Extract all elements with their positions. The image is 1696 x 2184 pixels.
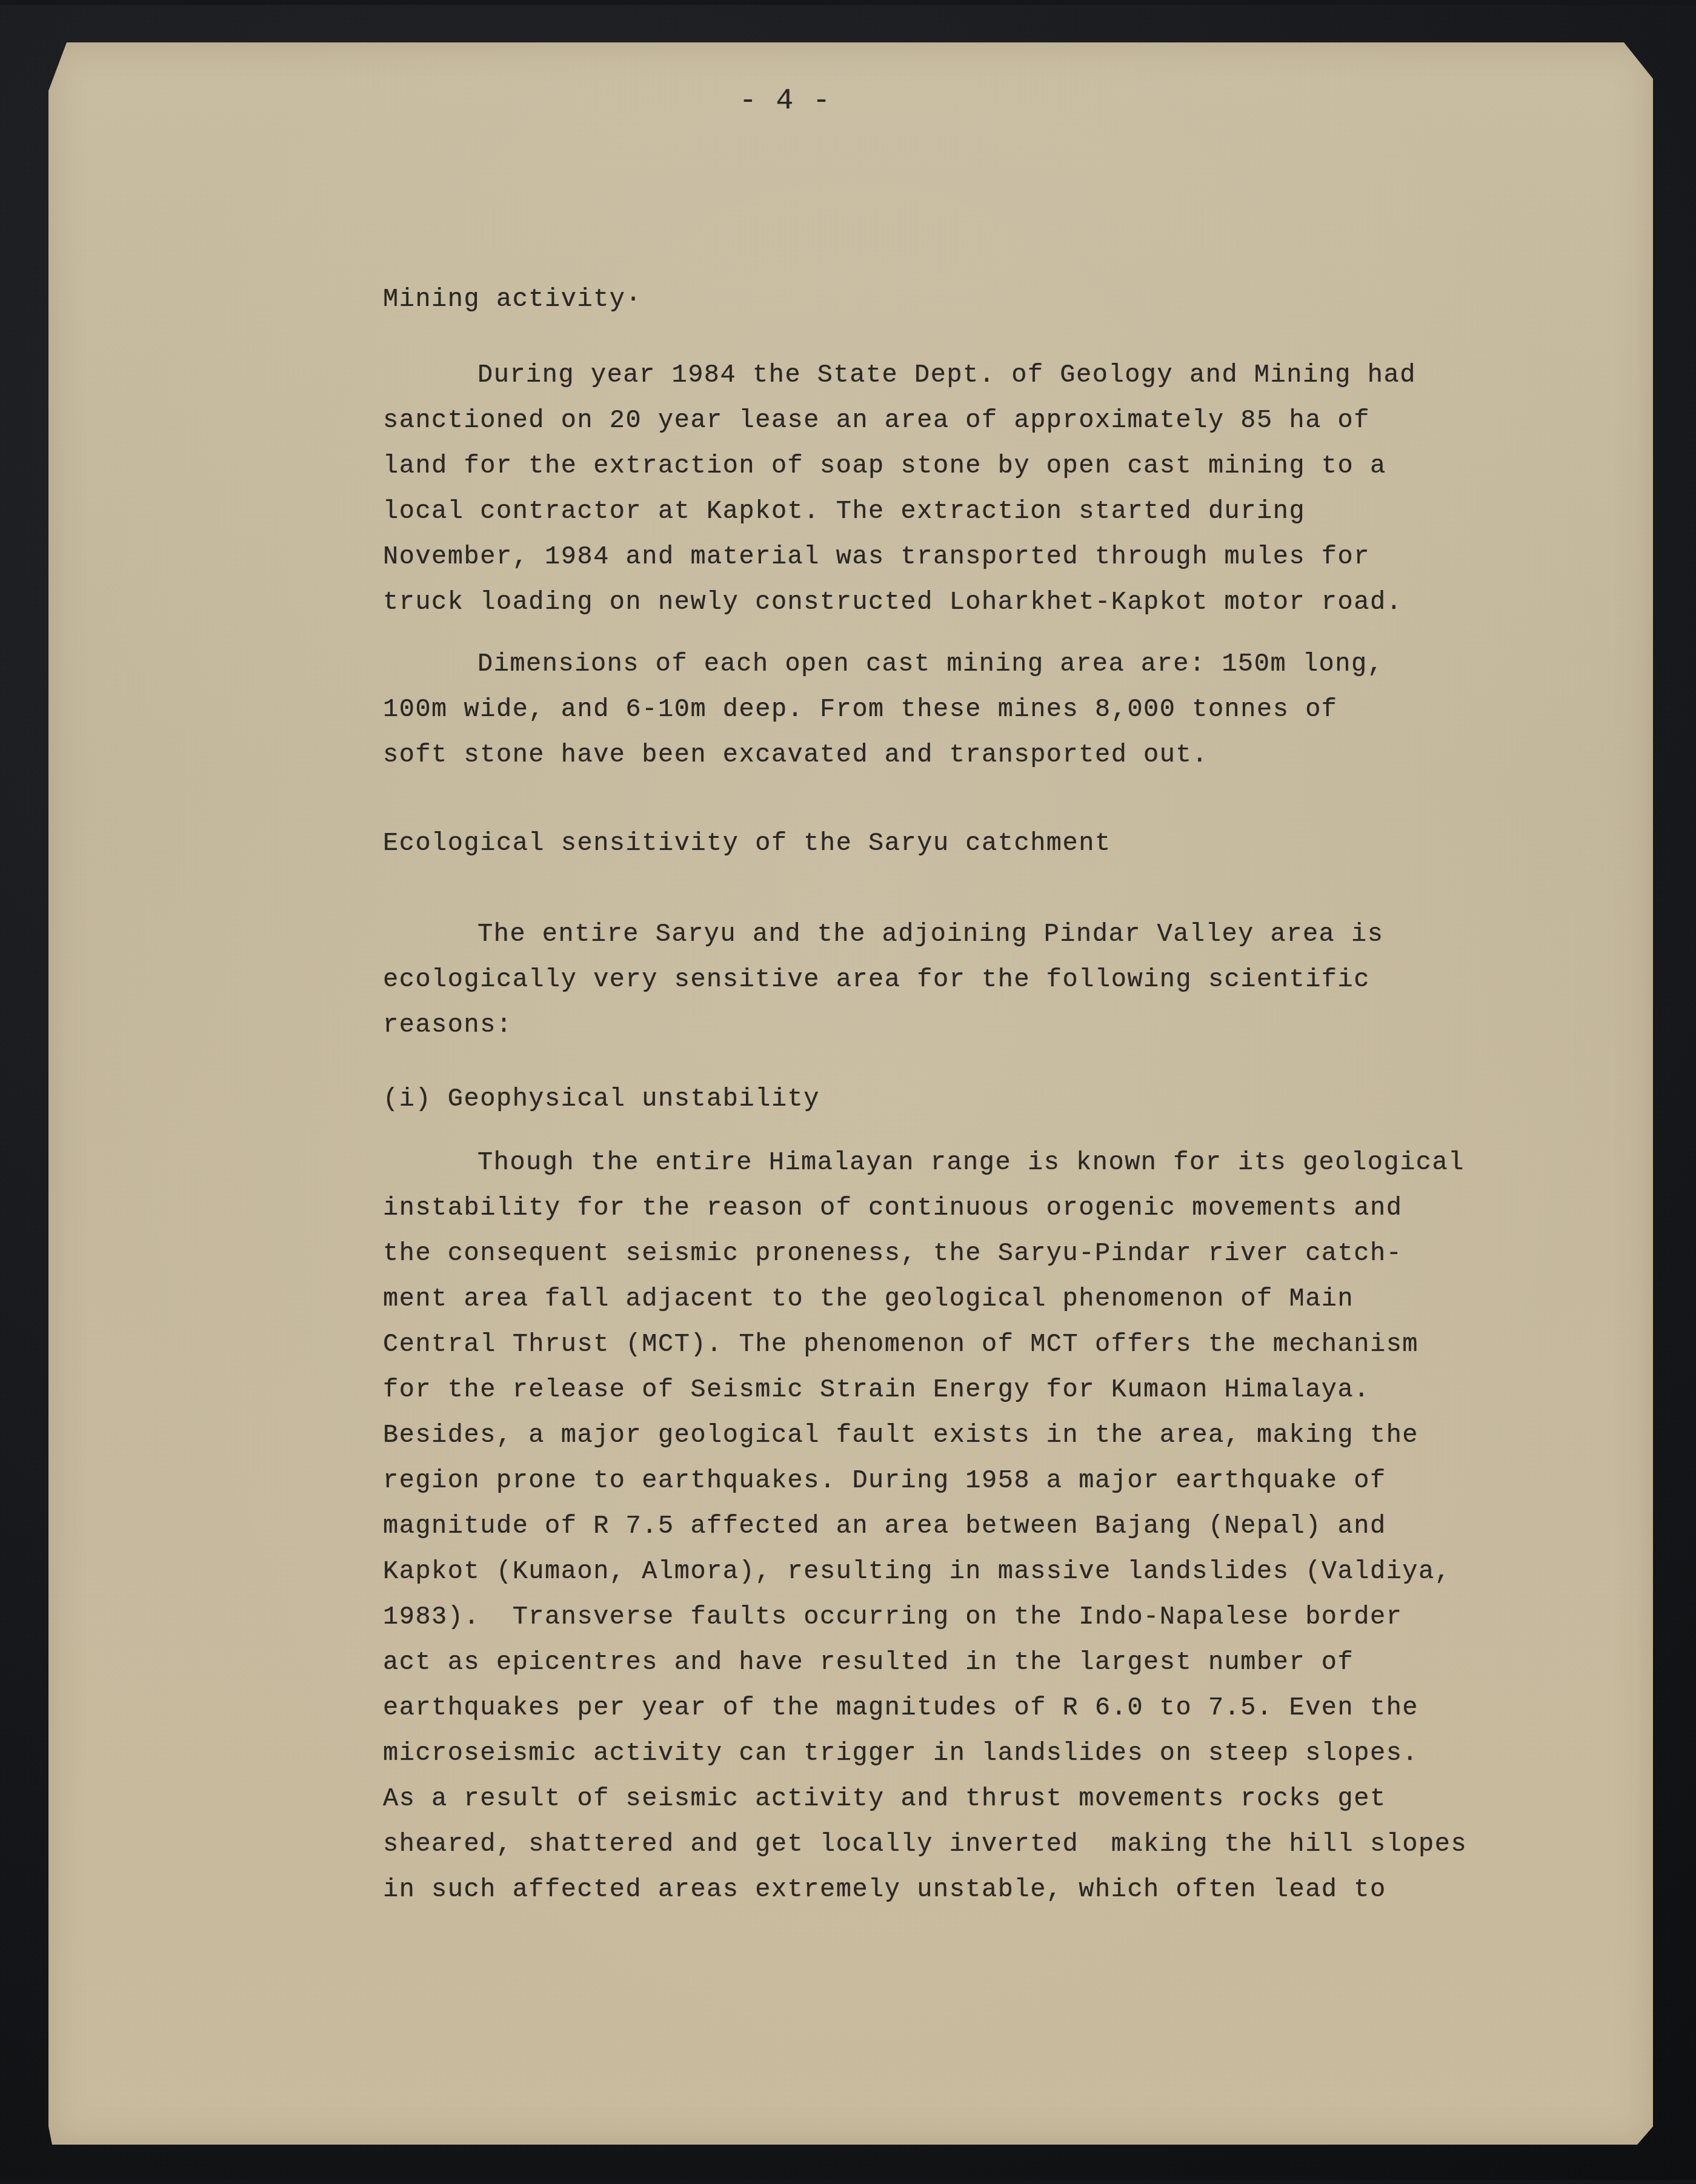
paragraph-line: Though the entire Himalayan range is kno… xyxy=(477,1148,1465,1177)
paragraph-line: 1983). Transverse faults occurring on th… xyxy=(383,1602,1402,1631)
paragraph-line: 100m wide, and 6-10m deep. From these mi… xyxy=(383,695,1338,724)
paragraph-line: sheared, shattered and get locally inver… xyxy=(383,1830,1467,1859)
paragraph-line: in such affected areas extremely unstabl… xyxy=(383,1875,1386,1904)
section-heading-ecological-sensitivity: Ecological sensitivity of the Saryu catc… xyxy=(383,829,1111,858)
paragraph-line: During year 1984 the State Dept. of Geol… xyxy=(477,360,1416,390)
paragraph-line: soft stone have been excavated and trans… xyxy=(383,740,1208,769)
paragraph-line: magnitude of R 7.5 affected an area betw… xyxy=(383,1512,1386,1541)
paragraph-line: earthquakes per year of the magnitudes o… xyxy=(383,1693,1418,1722)
paragraph-line: November, 1984 and material was transpor… xyxy=(383,542,1370,571)
paragraph-line: act as epicentres and have resulted in t… xyxy=(383,1648,1354,1677)
paragraph-line: Central Thrust (MCT). The phenomenon of … xyxy=(383,1330,1418,1359)
paragraph-line: reasons: xyxy=(383,1011,513,1040)
paragraph-line: truck loading on newly constructed Lohar… xyxy=(383,588,1402,617)
paragraph-line: Besides, a major geological fault exists… xyxy=(383,1421,1418,1450)
paragraph-line: for the release of Seismic Strain Energy… xyxy=(383,1375,1370,1404)
section-heading-mining-activity: Mining activity· xyxy=(383,285,642,314)
paragraph-line: microseismic activity can trigger in lan… xyxy=(383,1739,1418,1768)
paragraph-line: As a result of seismic activity and thru… xyxy=(383,1784,1386,1813)
paragraph-line: land for the extraction of soap stone by… xyxy=(383,451,1386,480)
paragraph-line: The entire Saryu and the adjoining Pinda… xyxy=(477,920,1383,949)
paragraph-line: the consequent seismic proneness, the Sa… xyxy=(383,1239,1402,1268)
paragraph-line: region prone to earthquakes. During 1958… xyxy=(383,1466,1386,1495)
paragraph-line: ecologically very sensitive area for the… xyxy=(383,965,1370,994)
paragraph-line: instability for the reason of continuous… xyxy=(383,1193,1402,1223)
paragraph-line: Dimensions of each open cast mining area… xyxy=(477,649,1383,679)
section-heading-geophysical-unstability: (i) Geophysical unstability xyxy=(383,1084,820,1114)
paragraph-line: sanctioned on 20 year lease an area of a… xyxy=(383,406,1370,435)
paragraph-line: local contractor at Kapkot. The extracti… xyxy=(383,497,1305,526)
page-number: - 4 - xyxy=(739,85,831,118)
paragraph-line: ment area fall adjacent to the geologica… xyxy=(383,1284,1354,1313)
paragraph-line: Kapkot (Kumaon, Almora), resulting in ma… xyxy=(383,1557,1451,1586)
